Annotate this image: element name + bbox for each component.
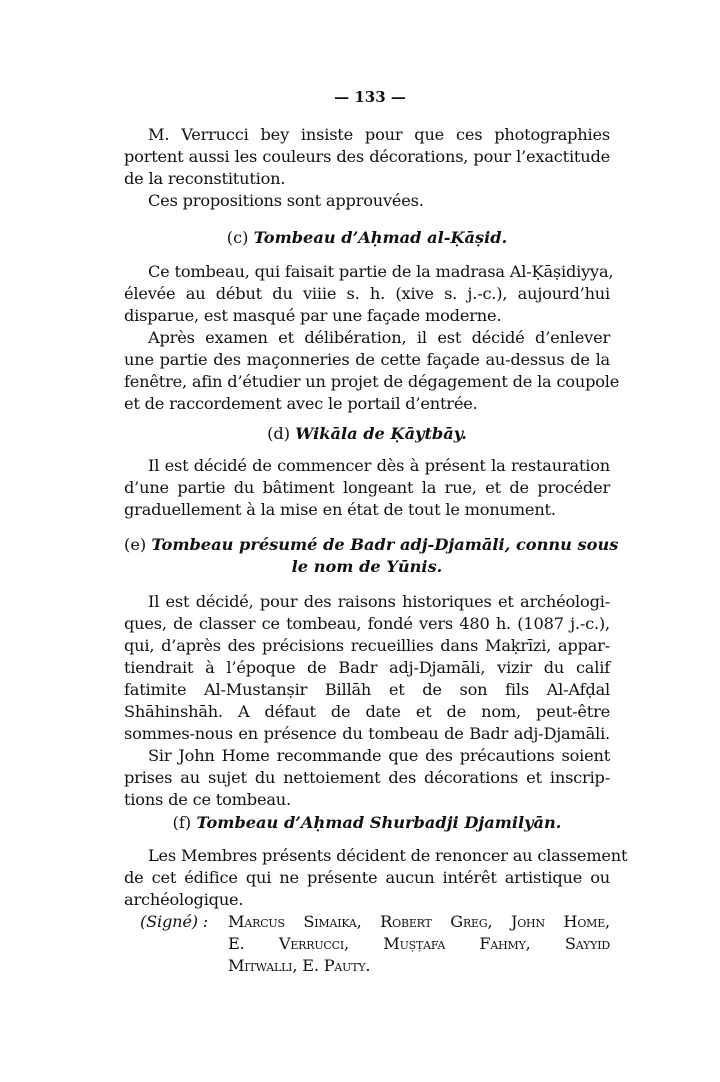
document-page: — 133 — M. Verrucci bey insiste pour que… <box>0 0 720 1082</box>
text-line: Après examen et délibération, il est déc… <box>124 327 610 349</box>
text-line: ques, de classer ce tombeau, fondé vers … <box>124 613 610 635</box>
section-title: Wikāla de Ḳāytbāy. <box>295 424 467 443</box>
section-d-heading: (d) Wikāla de Ḳāytbāy. <box>124 423 610 445</box>
section-label: (f) <box>173 813 192 832</box>
text-line: graduellement à la mise en état de tout … <box>124 499 610 521</box>
text-line: qui, d’après des précisions recueillies … <box>124 635 610 657</box>
signatory-names: Marcus Simaika, Robert Greg, John Home, … <box>228 911 610 977</box>
text-line: Il est décidé de commencer dès à présent… <box>124 455 610 477</box>
section-title-line1: Tombeau présumé de Badr adj-Djamāli, con… <box>151 535 618 554</box>
section-c-body: Ce tombeau, qui faisait partie de la mad… <box>124 261 610 415</box>
text-line: Il est décidé, pour des raisons historiq… <box>124 591 610 613</box>
text-line: fatimite Al-Mustanṣir Billāh et de son f… <box>124 679 610 701</box>
section-label: (e) <box>124 535 146 554</box>
section-f-heading: (f) Tombeau d’Aḥmad Shurbadji Djamilyān. <box>124 812 610 834</box>
text-line: Ce tombeau, qui faisait partie de la mad… <box>124 261 610 283</box>
section-e-body: Il est décidé, pour des raisons historiq… <box>124 591 610 811</box>
signatory-line: Mitwalli, E. Pauty. <box>228 955 610 977</box>
text-line: Shāhinshāh. A défaut de date et de nom, … <box>124 701 610 723</box>
text-line: Sir John Home recommande que des précaut… <box>124 745 610 767</box>
section-title-line2: le nom de Yūnis. <box>124 556 610 578</box>
page-number: — 133 — <box>0 88 720 106</box>
section-label: (d) <box>267 424 290 443</box>
text-line: fenêtre, afin d’étudier un projet de dég… <box>124 371 610 393</box>
text-line: une partie des maçonneries de cette faça… <box>124 349 610 371</box>
section-e-heading: (e) Tombeau présumé de Badr adj-Djamāli,… <box>124 534 610 578</box>
signatory-line: E. Verrucci, Muṣṭafa Fahmy, Sayyid <box>228 933 610 955</box>
text-line: M. Verrucci bey insiste pour que ces pho… <box>124 124 610 146</box>
section-title: Tombeau d’Aḥmad al-Ḳāṣid. <box>254 228 508 247</box>
text-line: disparue, est masqué par une façade mode… <box>124 305 610 327</box>
text-line: élevée au début du viiie s. h. (xive s. … <box>124 283 610 305</box>
section-title: Tombeau d’Aḥmad Shurbadji Djamilyān. <box>196 813 561 832</box>
text-line: de cet édifice qui ne présente aucun int… <box>124 867 610 889</box>
text-line: de la reconstitution. <box>124 168 610 190</box>
text-line: tions de ce tombeau. <box>124 789 610 811</box>
section-label: (c) <box>227 228 249 247</box>
section-c-heading: (c) Tombeau d’Aḥmad al-Ḳāṣid. <box>124 227 610 249</box>
text-line: sommes-nous en présence du tombeau de Ba… <box>124 723 610 745</box>
text-line: portent aussi les couleurs des décoratio… <box>124 146 610 168</box>
section-f-body: Les Membres présents décident de renonce… <box>124 845 610 911</box>
signature-label: (Signé) : <box>140 911 208 933</box>
section-d-body: Il est décidé de commencer dès à présent… <box>124 455 610 521</box>
text-line: archéologique. <box>124 889 610 911</box>
approval-line: Ces propositions sont approuvées. <box>124 190 610 212</box>
paragraph-verrucci: M. Verrucci bey insiste pour que ces pho… <box>124 124 610 212</box>
text-line: Les Membres présents décident de renonce… <box>124 845 610 867</box>
signatory-line: Marcus Simaika, Robert Greg, John Home, <box>228 911 610 933</box>
text-line: et de raccordement avec le portail d’ent… <box>124 393 610 415</box>
text-line: tiendrait à l’époque de Badr adj-Djamāli… <box>124 657 610 679</box>
text-line: prises au sujet du nettoiement des décor… <box>124 767 610 789</box>
text-line: d’une partie du bâtiment longeant la rue… <box>124 477 610 499</box>
